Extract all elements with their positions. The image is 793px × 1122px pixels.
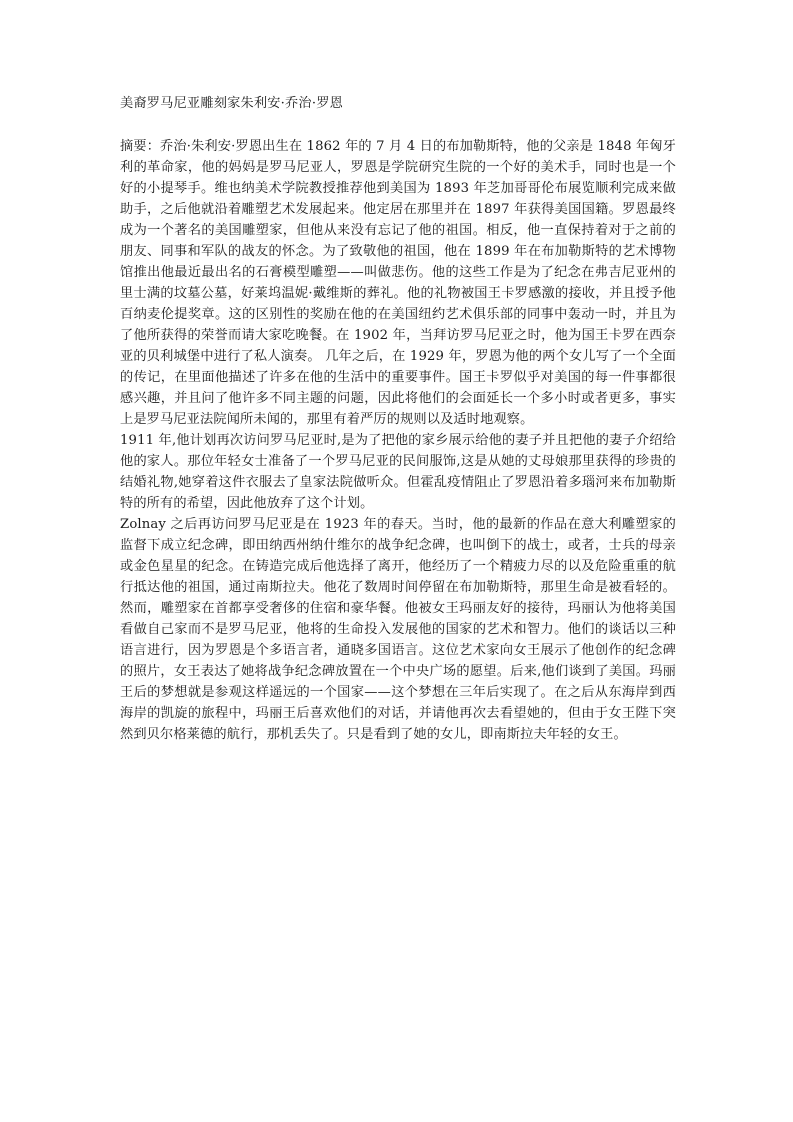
document-page: 美裔罗马尼亚雕刻家朱利安·乔治·罗恩 摘要：乔治·朱利安·罗恩出生在 1862 …	[120, 94, 676, 745]
body-paragraph-1911: 1911 年,他计划再次访问罗马尼亚时,是为了把他的家乡展示给他的妻子并且把他的…	[120, 430, 676, 514]
abstract-paragraph: 摘要：乔治·朱利安·罗恩出生在 1862 年的 7 月 4 日的布加勒斯特，他的…	[120, 136, 676, 430]
document-title: 美裔罗马尼亚雕刻家朱利安·乔治·罗恩	[120, 94, 676, 114]
body-paragraph-1923: Zolnay 之后再访问罗马尼亚是在 1923 年的春天。当时，他的最新的作品在…	[120, 514, 676, 745]
